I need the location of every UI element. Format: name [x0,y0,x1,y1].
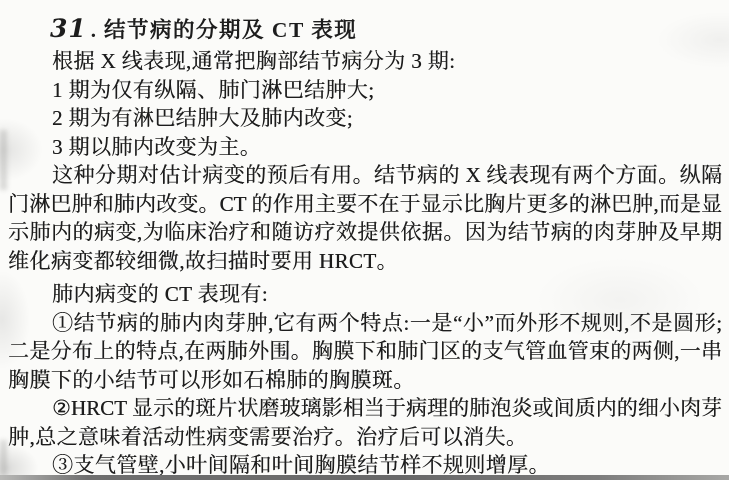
text-line: 肿,总之意味着活动性病变需要治疗。治疗后可以消失。 [8,423,722,452]
text-line: 这种分期对估计病变的预后有用。结节病的 X 线表现有两个方面。纵隔肺 [8,161,722,190]
body-text: 根据 X 线表现,通常把胸部结节病分为 3 期:1 期为仅有纵隔、肺门淋巴结肿大… [0,44,729,480]
text-line: 示肺内的病变,为临床治疗和随访疗效提供依据。因为结节病的肉芽肿及早期纤 [8,218,722,247]
scan-smudge-artifact [0,130,7,190]
section-heading: 31.结节病的分期及 CT 表现 [0,0,729,44]
section-number: 31 [50,14,87,43]
text-line: 二是分布上的特点,在两肺外围。胸膜下和肺门区的支气管血管束的两侧,一串 [8,337,722,366]
text-line: ①结节病的肺内肉芽肿,它有两个特点:一是“小”而外形不规则,不是圆形; [8,309,722,338]
text-line: 2 期为有淋巴结肿大及肺内改变; [8,104,722,133]
text-line: ②HRCT 显示的斑片状磨玻璃影相当于病理的肺泡炎或间质内的细小肉芽 [8,394,722,423]
text-line: 1 期为仅有纵隔、肺门淋巴结肿大; [8,76,722,105]
text-line: 肺内病变的 CT 表现有: [8,280,722,309]
section-number-separator: . [91,18,96,42]
text-line: 维化病变都较细微,故扫描时要用 HRCT。 [8,247,722,276]
text-line: 根据 X 线表现,通常把胸部结节病分为 3 期: [8,47,722,76]
document-page: 31.结节病的分期及 CT 表现 根据 X 线表现,通常把胸部结节病分为 3 期… [0,0,729,480]
scan-edge-bar [0,475,729,480]
text-line: 门淋巴肿和肺内改变。CT 的作用主要不在于显示比胸片更多的淋巴肿,而是显 [8,190,722,219]
text-line: 3 期以肺内改变为主。 [8,133,722,162]
section-title: 结节病的分期及 CT 表现 [104,18,357,42]
text-line: 胸膜下的小结节可以形如石棉肺的胸膜斑。 [8,366,722,395]
scan-smudge-artifact [0,440,7,476]
